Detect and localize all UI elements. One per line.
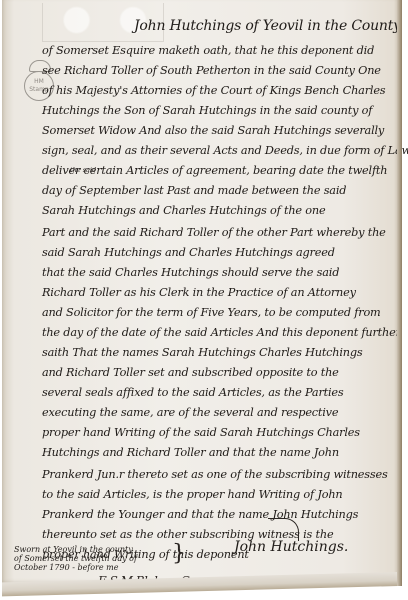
flourish-mark — [268, 518, 299, 541]
body-line: and Richard Toller set and subscribed op… — [42, 366, 339, 379]
body-line: Hutchings and Richard Toller and that th… — [42, 446, 339, 459]
body-line: sign, seal, and as their several Acts an… — [42, 144, 408, 157]
body-line: see Richard Toller of South Petherton in… — [42, 64, 381, 77]
jurat-line-3: October 1790 - before me — [14, 563, 137, 572]
jurat: Sworn at Yeovil in the county of Somerse… — [14, 545, 137, 572]
body-line: several seals affixed to the said Articl… — [42, 386, 344, 399]
body-line: Sarah Hutchings and Charles Hutchings of… — [42, 204, 325, 217]
body-line: the day of the date of the said Articles… — [42, 326, 401, 339]
body-line: Prankerd the Younger and that the name J… — [42, 508, 358, 521]
body-line: Hutchings the Son of Sarah Hutchings in … — [42, 104, 372, 117]
body-line: Richard Toller as his Clerk in the Pract… — [42, 286, 356, 299]
body-line: of Somerset Esquire maketh oath, that he… — [42, 44, 374, 57]
body-line: of his Majesty's Attornies of the Court … — [42, 84, 385, 97]
body-line: and Solicitor for the term of Five Years… — [42, 306, 381, 319]
body-line: said Sarah Hutchings and Charles Hutchin… — [42, 246, 335, 259]
body-line: proper hand Writing of the said Sarah Hu… — [42, 426, 360, 439]
body-line: Somerset Widow And also the said Sarah H… — [42, 124, 384, 137]
jurat-line-1: Sworn at Yeovil in the county — [14, 545, 137, 554]
body-line: Part and the said Richard Toller of the … — [42, 226, 386, 239]
deponent-signature: John Hutchings. — [234, 539, 348, 555]
jurat-line-2: of Somerset the twelfth day of — [14, 554, 137, 563]
page-right-edge — [397, 0, 402, 586]
body-line: John Hutchings of Yeovil in the County — [134, 18, 401, 34]
body-line: Prankerd Jun.r thereto set as one of the… — [42, 468, 388, 481]
body-line: executing the same, are of the several a… — [42, 406, 338, 419]
body-line: day of September last Past and made betw… — [42, 184, 346, 197]
document-page: HM Stamp John Hutchings of Yeovil in the… — [2, 0, 402, 586]
brace-mark: } — [172, 541, 186, 566]
body-line: that the said Charles Hutchings should s… — [42, 266, 339, 279]
body-line: to the said Articles, is the proper hand… — [42, 488, 342, 501]
interlineation: the said — [70, 166, 96, 174]
body-line: saith That the names Sarah Hutchings Cha… — [42, 346, 363, 359]
